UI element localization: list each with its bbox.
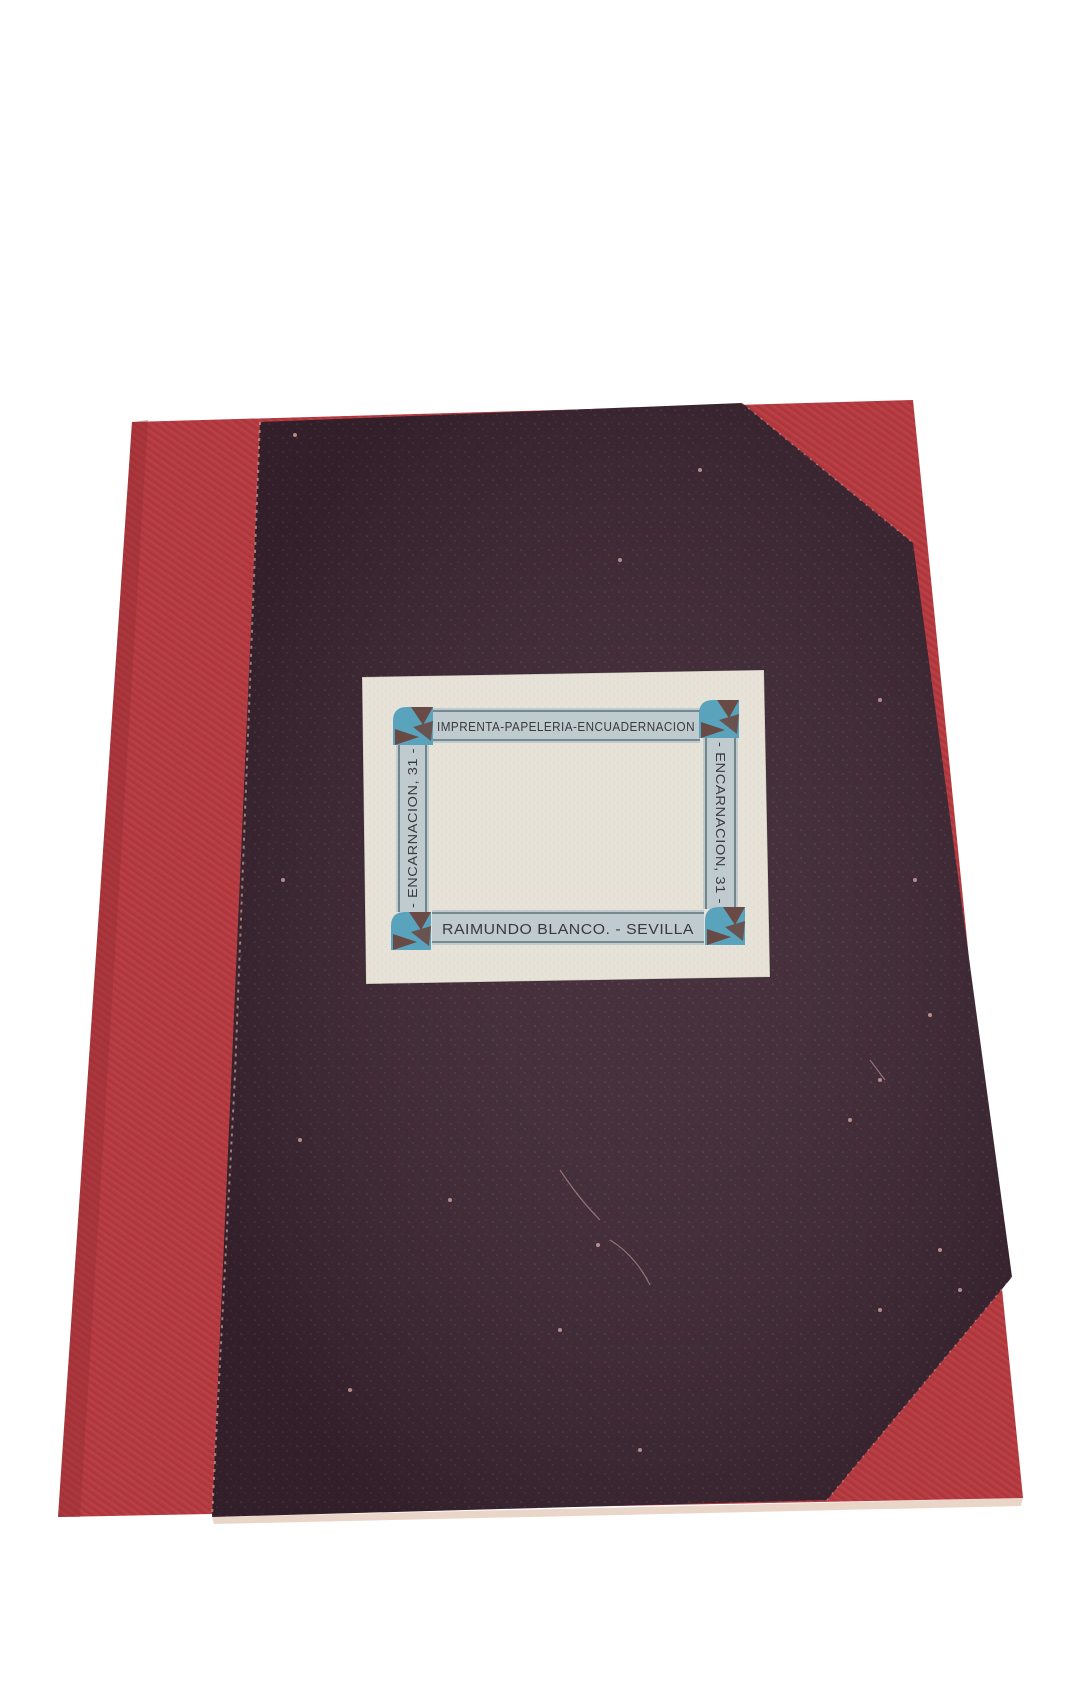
- ornament-top-right: [699, 700, 739, 738]
- label-bottom-band: RAIMUNDO BLANCO. - SEVILLA: [432, 910, 704, 945]
- ornament-top-left: [393, 707, 433, 745]
- label-bottom-text: RAIMUNDO BLANCO. - SEVILLA: [442, 921, 694, 938]
- label-right-band: - ENCARNACION, 31 -: [703, 737, 738, 909]
- ornament-bottom-left: [391, 912, 431, 950]
- label-top-band: IMPRENTA-PAPELERIA-ENCUADERNACION: [432, 708, 700, 743]
- bookbinder-label: IMPRENTA-PAPELERIA-ENCUADERNACION RAIMUN…: [362, 670, 770, 984]
- label-left-band: - ENCARNACION, 31 -: [396, 743, 429, 912]
- ornament-bottom-right: [705, 907, 745, 945]
- label-top-text: IMPRENTA-PAPELERIA-ENCUADERNACION: [437, 720, 695, 734]
- label-left-text: - ENCARNACION, 31 -: [405, 748, 420, 908]
- label-right-text: - ENCARNACION, 31 -: [713, 742, 728, 904]
- book-photo: IMPRENTA-PAPELERIA-ENCUADERNACION RAIMUN…: [0, 0, 1080, 1695]
- photo-stage: IMPRENTA-PAPELERIA-ENCUADERNACION RAIMUN…: [0, 0, 1080, 1695]
